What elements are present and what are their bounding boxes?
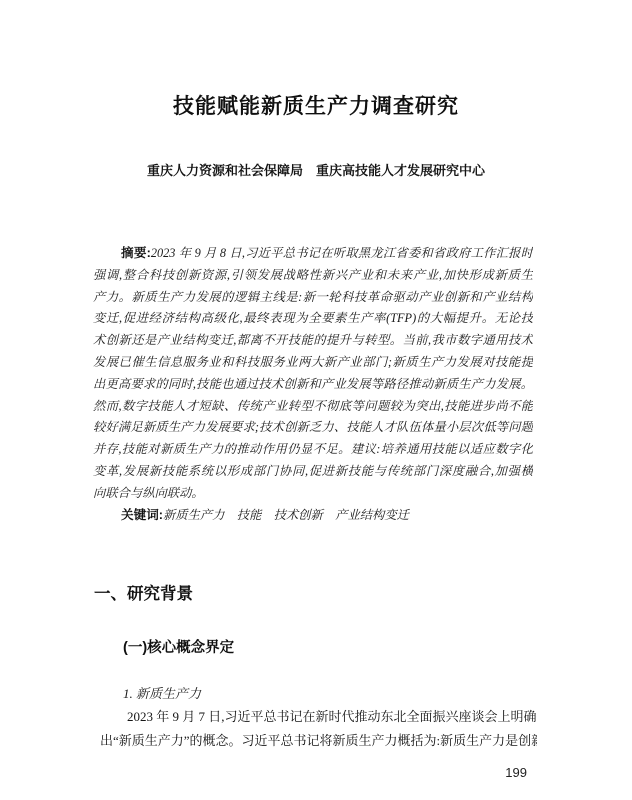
abstract-line: 向联合与纵向联动。 (93, 483, 533, 505)
keywords-label: 关键词: (121, 508, 163, 522)
abstract-line-text: 2023 年 9 月 8 日,习近平总书记在听取黑龙江省委和省政府工作汇报时 (151, 246, 533, 260)
keywords-text: 新质生产力 技能 技术创新 产业结构变迁 (163, 508, 409, 522)
abstract-line: 出更高要求的同时,技能也通过技术创新和产业发展等路径推动新质生产力发展。 (93, 374, 533, 396)
section-heading: 一、研究背景 (94, 584, 193, 604)
abstract-line: 并存,技能对新质生产力的推动作用仍显不足。建议:培养通用技能以适应数字化 (93, 439, 533, 461)
keywords-line: 关键词:新质生产力 技能 技术创新 产业结构变迁 (93, 505, 533, 527)
paragraph-line: 2023 年 9 月 7 日,习近平总书记在新时代推动东北全面振兴座谈会上明确提 (100, 705, 537, 729)
paragraph-line: 出“新质生产力”的概念。习近平总书记将新质生产力概括为:新质生产力是创新 (100, 729, 537, 753)
abstract-line: 变迁,促进经济结构高级化,最终表现为全要素生产率(TFP)的大幅提升。无论技 (93, 308, 533, 330)
abstract-line: 然而,数字技能人才短缺、传统产业转型不彻底等问题较为突出,技能进步尚不能 (93, 396, 533, 418)
abstract-line: 产力。新质生产力发展的逻辑主线是:新一轮科技革命驱动产业创新和产业结构 (93, 287, 533, 309)
subsection-heading: (一)核心概念界定 (123, 639, 234, 657)
numbered-item-heading: 1. 新质生产力 (123, 685, 201, 702)
abstract-indent (93, 246, 121, 260)
document-page: 技能赋能新质生产力调查研究 重庆人力资源和社会保障局 重庆高技能人才发展研究中心… (0, 0, 632, 800)
abstract-block: 摘要:2023 年 9 月 8 日,习近平总书记在听取黑龙江省委和省政府工作汇报… (93, 243, 533, 526)
abstract-line: 摘要:2023 年 9 月 8 日,习近平总书记在听取黑龙江省委和省政府工作汇报… (93, 243, 533, 265)
author-affiliation: 重庆人力资源和社会保障局 重庆高技能人才发展研究中心 (0, 163, 632, 179)
abstract-line: 较好满足新质生产力发展要求;技术创新乏力、技能人才队伍体量小层次低等问题 (93, 417, 533, 439)
page-number: 199 (505, 765, 527, 781)
abstract-line: 术创新还是产业结构变迁,都离不开技能的提升与转型。当前,我市数字通用技术 (93, 330, 533, 352)
abstract-line: 变革,发展新技能系统以形成部门协同,促进新技能与传统部门深度融合,加强横 (93, 461, 533, 483)
abstract-label: 摘要: (121, 246, 151, 260)
abstract-line: 强调,整合科技创新资源,引领发展战略性新兴产业和未来产业,加快形成新质生 (93, 265, 533, 287)
body-paragraph: 2023 年 9 月 7 日,习近平总书记在新时代推动东北全面振兴座谈会上明确提… (100, 705, 537, 753)
page-title: 技能赋能新质生产力调查研究 (0, 94, 632, 119)
abstract-line: 发展已催生信息服务业和科技服务业两大新产业部门;新质生产力发展对技能提 (93, 352, 533, 374)
